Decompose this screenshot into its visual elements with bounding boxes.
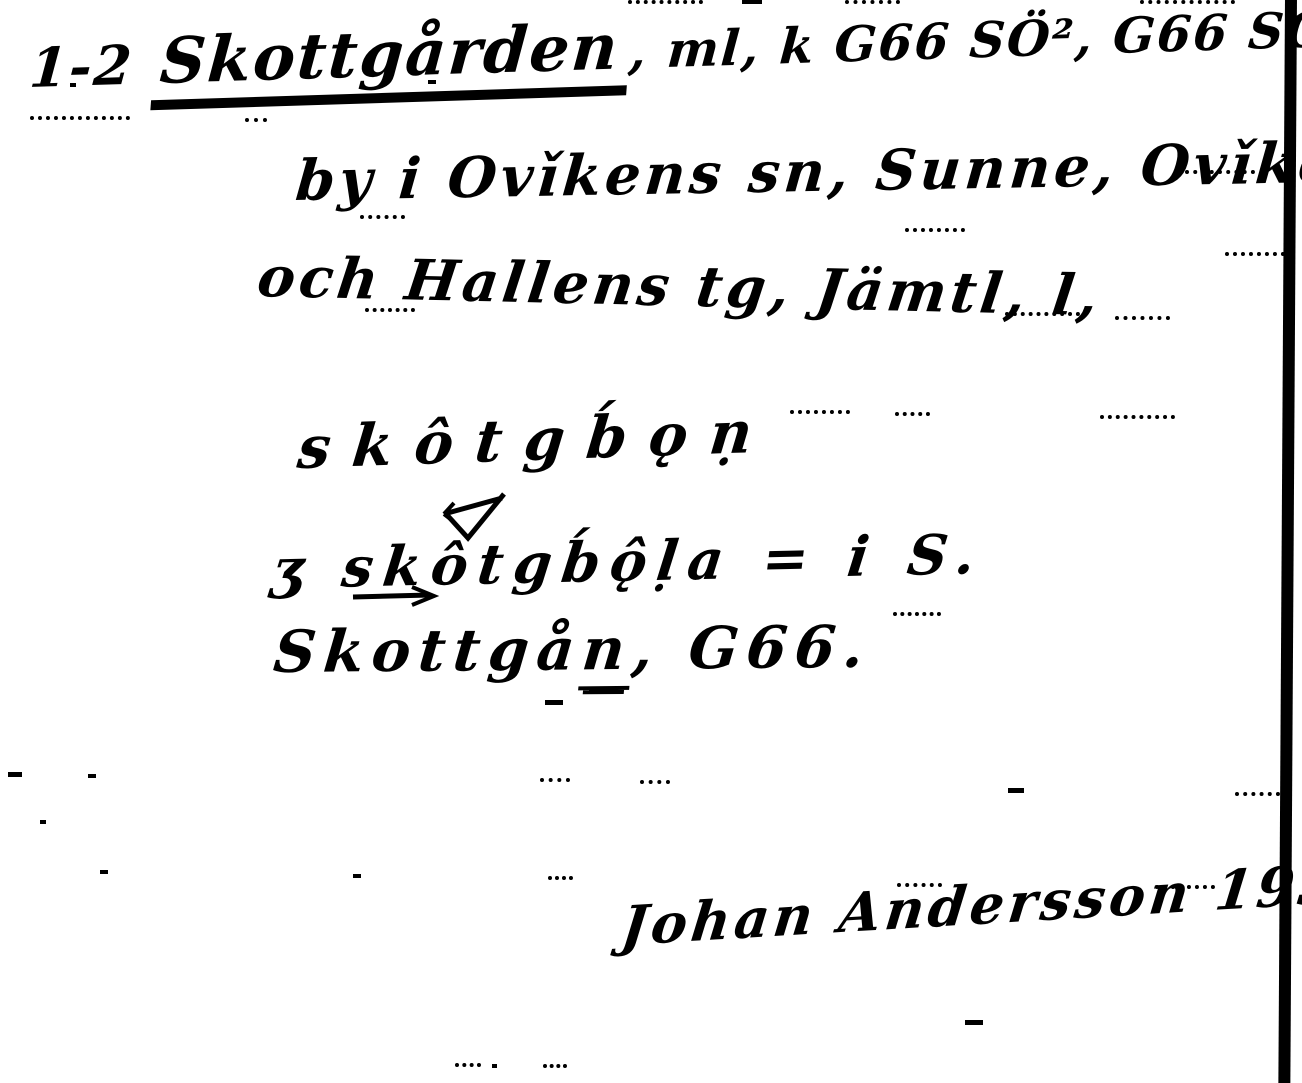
scan-noise-speck	[40, 820, 46, 824]
location-line-1: by i Ovǐkens sn, Sunne, Ovǐkens	[293, 130, 1302, 212]
scan-noise-speck	[905, 228, 965, 232]
scan-noise-speck	[1115, 316, 1170, 320]
scan-noise-speck	[30, 116, 130, 120]
phonetic-form-1: skôtgb́ǫṇ	[295, 399, 778, 481]
scan-noise-speck	[492, 1064, 497, 1068]
archive-card: 1-2 Skottgården, ml, k G66 SÖ², G66 SÖ²,…	[0, 0, 1302, 1083]
scan-noise-speck	[790, 410, 850, 414]
scan-noise-speck	[540, 778, 570, 782]
scan-noise-speck	[545, 700, 563, 705]
location-line-2: och Hallens tg, Jämtl, l,	[254, 246, 1106, 328]
scan-noise-speck	[1008, 788, 1024, 793]
header-line: 1-2 Skottgården, ml, k G66 SÖ², G66 SÖ²,…	[27, 0, 1302, 101]
scan-noise-speck	[1185, 170, 1255, 174]
scan-noise-speck	[897, 883, 942, 887]
scan-noise-speck	[245, 118, 267, 122]
scan-noise-speck	[353, 874, 361, 878]
scan-noise-speck	[1155, 885, 1215, 889]
reference-underlined-letter: n	[579, 615, 636, 691]
reference-prefix: Skottgå	[271, 615, 586, 686]
header-annotations: , ml, k G66 SÖ², G66 SÖ², kb,	[627, 0, 1302, 80]
scan-noise-speck	[428, 80, 436, 84]
scan-noise-speck	[1100, 415, 1175, 419]
scan-noise-speck	[845, 0, 900, 4]
signature: Johan Andersson 1932.	[618, 849, 1302, 956]
scan-noise-speck	[628, 0, 703, 4]
scan-noise-speck	[365, 308, 415, 312]
scan-noise-speck	[893, 612, 941, 616]
scan-noise-speck	[1235, 792, 1280, 796]
scan-noise-speck	[1225, 252, 1285, 256]
scan-noise-speck	[8, 772, 22, 777]
scan-noise-speck	[70, 83, 76, 87]
scan-noise-speck	[543, 1064, 567, 1068]
scan-noise-speck	[88, 774, 96, 778]
headword-underlined: Skottgården	[151, 9, 632, 110]
scan-noise-speck	[965, 1020, 983, 1025]
entry-number: 1-2	[27, 32, 156, 100]
scan-noise-speck	[640, 780, 670, 784]
scan-noise-speck	[100, 870, 108, 874]
reference-suffix: , G66.	[629, 613, 874, 683]
scan-noise-speck	[1140, 0, 1235, 4]
scan-noise-speck	[455, 1063, 481, 1067]
scan-noise-speck	[360, 215, 405, 219]
scan-noise-speck	[742, 0, 762, 4]
reference-line: Skottgån, G66.	[271, 615, 875, 685]
scan-noise-speck	[1005, 312, 1080, 316]
phonetic-form-2-suffix: gb́ǫ̂ḷa = i S.	[510, 521, 989, 596]
right-arrow-icon	[350, 584, 450, 608]
scan-noise-speck	[895, 412, 930, 416]
scan-noise-speck	[548, 876, 573, 880]
